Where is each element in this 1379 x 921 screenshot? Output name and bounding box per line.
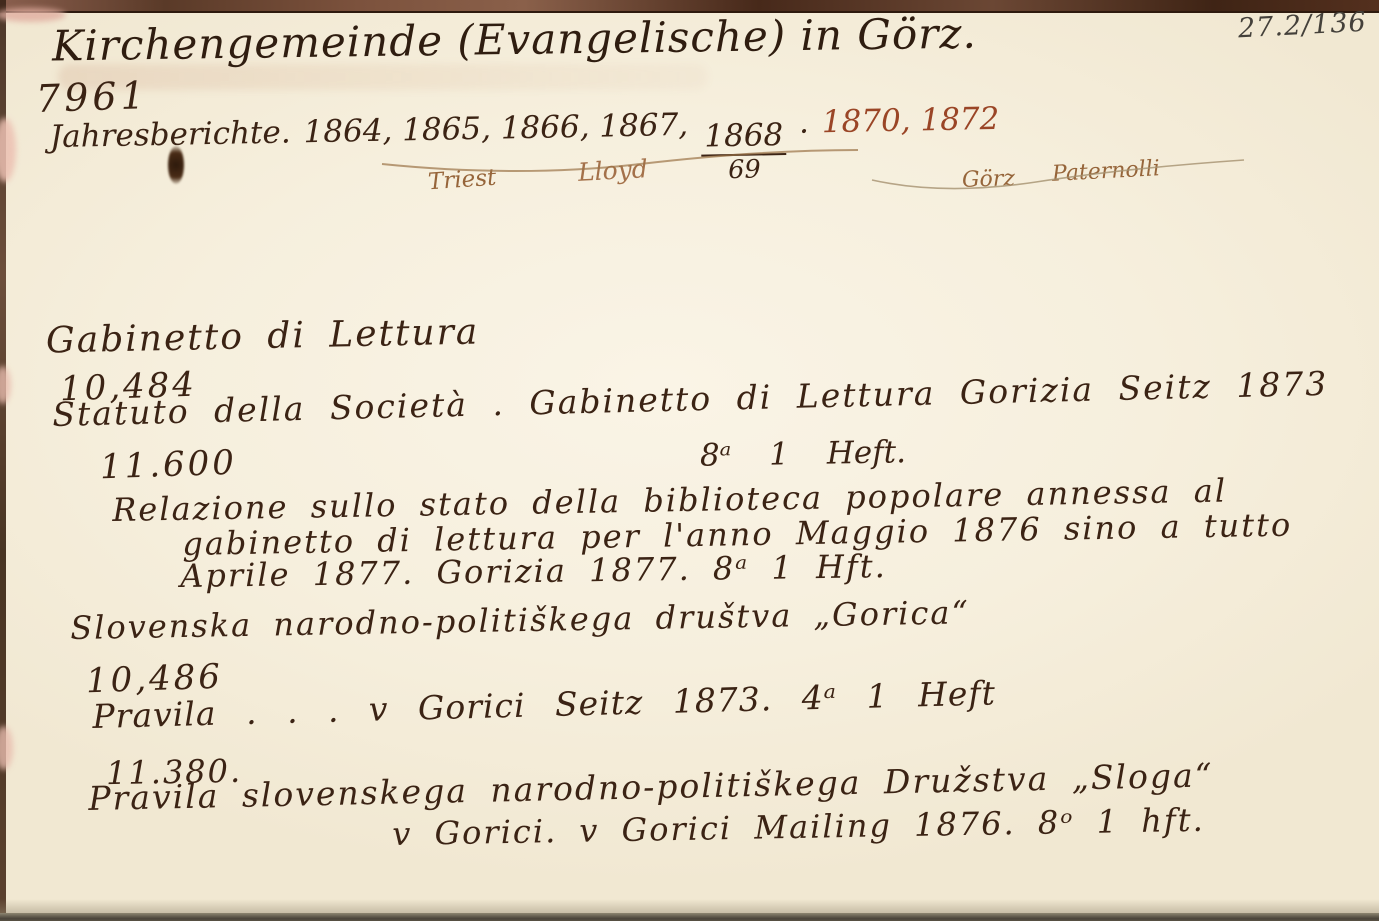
paper-tear-left-upper — [0, 118, 16, 182]
reports-years-group-1: 1864, 1865, 1866, 1867, — [303, 109, 688, 149]
reports-year-fraction: 1868 69 — [701, 119, 787, 183]
paper-tear-top-left — [0, 8, 66, 22]
slovensko-heading: Slovenska narodno-politiškega društva „G… — [70, 596, 970, 645]
annotation-lloyd: Lloyd — [577, 156, 648, 186]
reports-year-fraction-bottom: 69 — [702, 155, 787, 183]
paper-tear-left-lower — [0, 726, 13, 770]
reports-years-group-2: 1870, 1872 — [822, 103, 1000, 139]
catalog-card-scan: 27.2/136 Kirchengemeinde (Evangelische) … — [0, 0, 1379, 921]
record-number: 7961 — [35, 76, 149, 120]
annotation-goerz: Görz — [962, 167, 1016, 192]
gabinetto-entry1-line1: Statuto della Società . Gabinetto di Let… — [52, 367, 1329, 433]
reports-year-fraction-top: 1868 — [701, 119, 787, 156]
reports-label: Jahresberichte. — [49, 116, 290, 153]
gabinetto-heading: Gabinetto di Lettura — [46, 313, 480, 360]
gabinetto-entry2-number: 11.600 — [99, 446, 237, 486]
slovensko-entry1-line1: Pravila . . . v Gorici Seitz 1873. 4ᵃ 1 … — [92, 676, 996, 734]
reports-separator: . — [799, 107, 809, 140]
archive-number: 27.2/136 — [1237, 9, 1367, 44]
card-top-edge — [0, 0, 1379, 13]
card-title: Kirchengemeinde (Evangelische) in Görz. — [52, 12, 977, 69]
gabinetto-entry1-line2: 8ᵃ 1 Heft. — [700, 436, 907, 472]
card-bottom-shadow — [0, 899, 1379, 913]
annotation-triest: Triest — [427, 166, 497, 195]
slovensko-entry2-line2: v Gorici. v Gorici Mailing 1876. 8ᵒ 1 hf… — [392, 804, 1205, 852]
paper-tear-left-middle — [0, 366, 11, 404]
gabinetto-entry2-line3: Aprile 1877. Gorizia 1877. 8ᵃ 1 Hft. — [180, 550, 887, 593]
annotation-paternolli: Paternolli — [1051, 157, 1160, 186]
card-bottom-edge — [0, 913, 1379, 921]
